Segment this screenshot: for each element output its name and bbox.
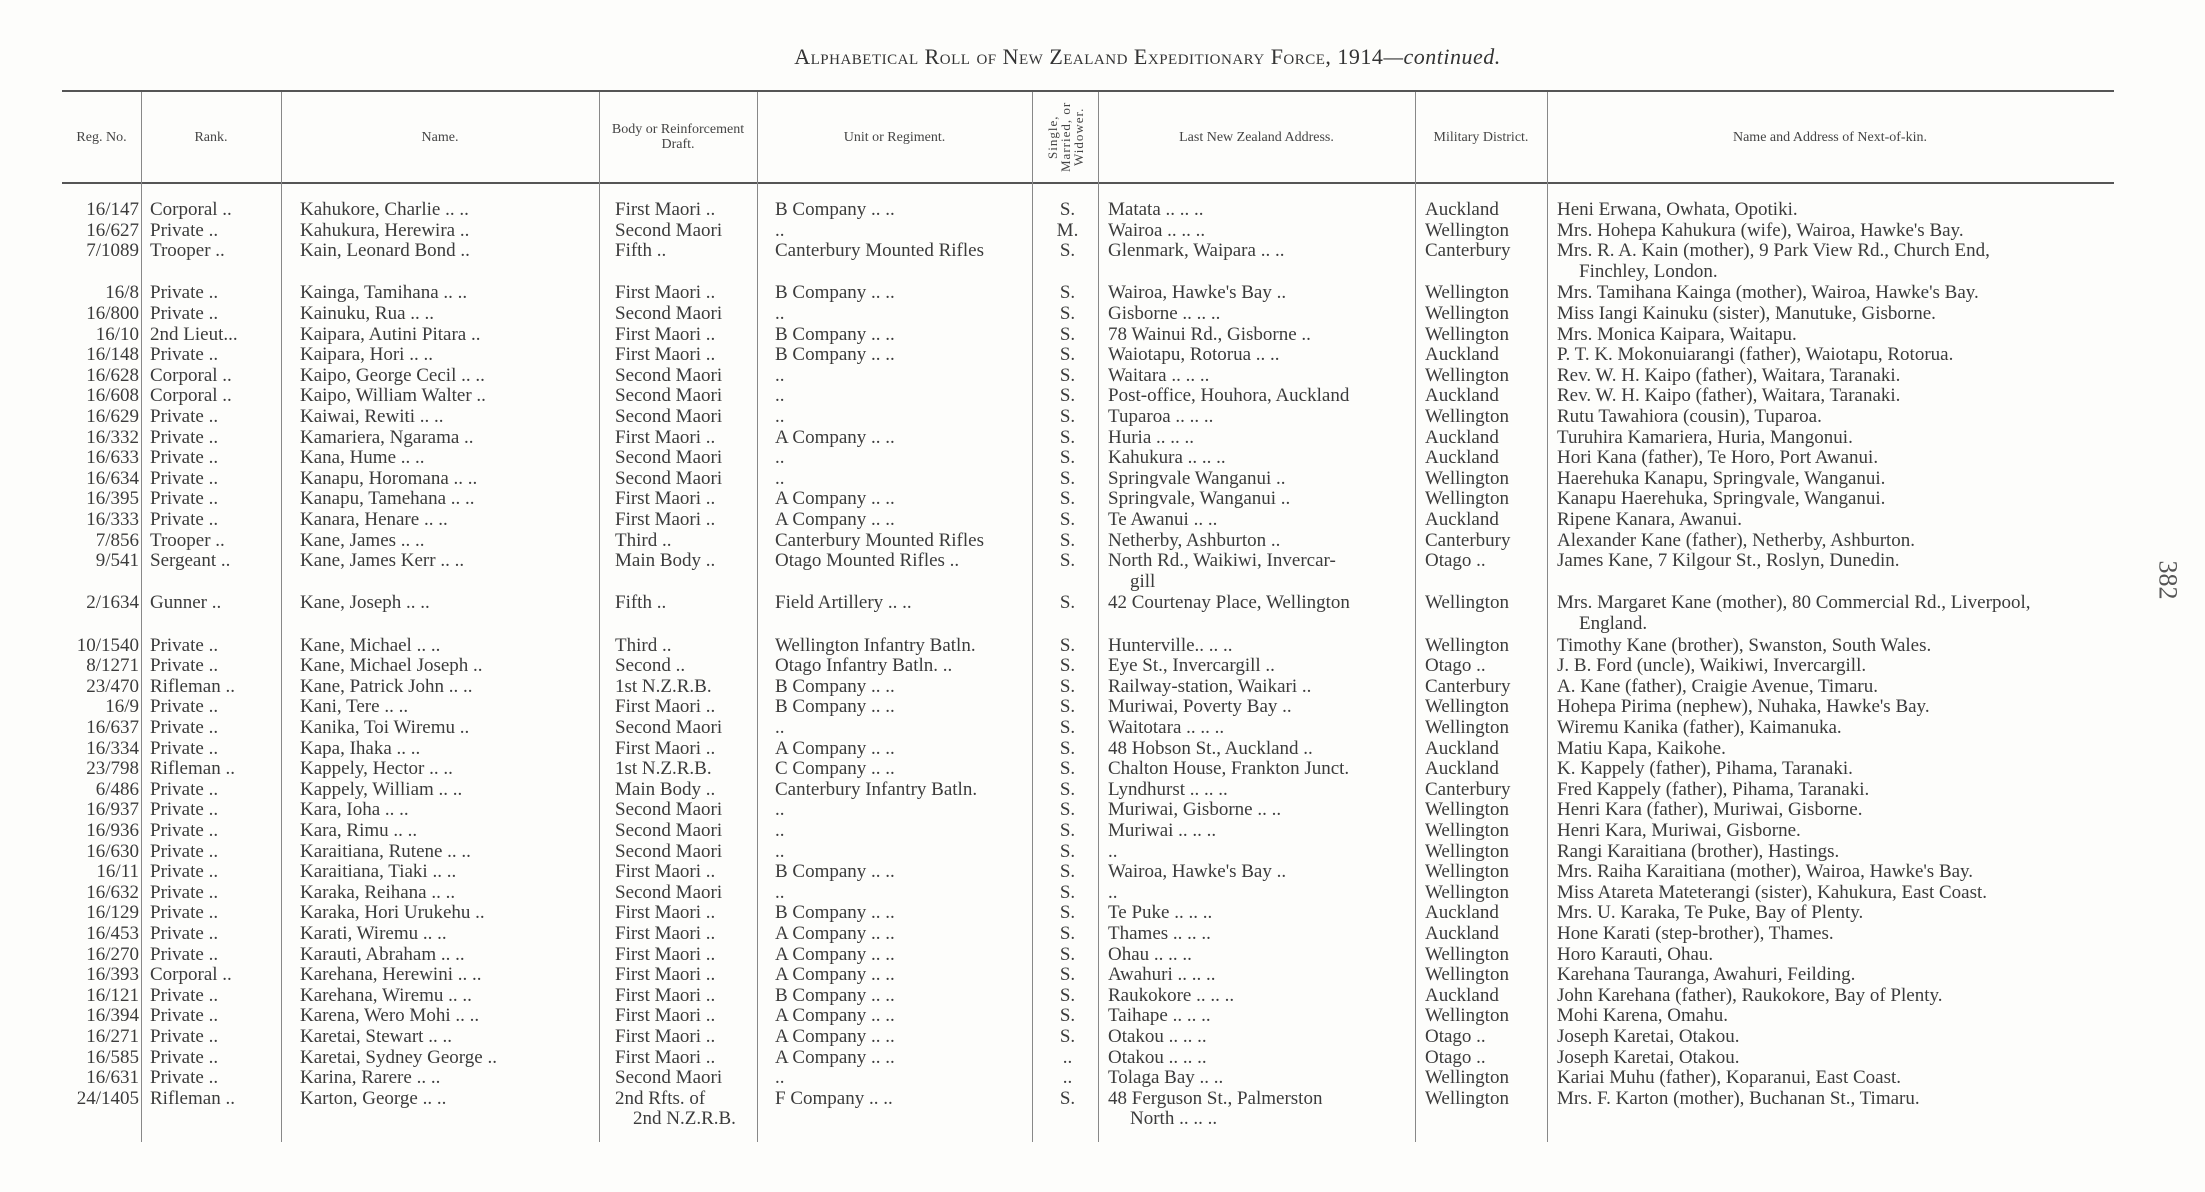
unit-cell: A Company .. ..	[775, 1006, 1030, 1027]
address-cell: Huria .. .. ..	[1108, 428, 1413, 449]
marital-status-cell: S.	[1040, 1006, 1095, 1027]
rank-cell: Private ..	[150, 718, 278, 739]
address-cell: 78 Wainui Rd., Gisborne ..	[1108, 325, 1413, 346]
reg-no-cell: 23/798	[62, 759, 139, 780]
table-row: 10/1540Private ..Kane, Michael .. ..Thir…	[0, 636, 2205, 657]
reg-no-cell: 23/470	[62, 677, 139, 698]
marital-status-cell: S.	[1040, 677, 1095, 698]
address-cell: Springvale Wanganui ..	[1108, 469, 1413, 490]
address-cell: Wairoa, Hawke's Bay ..	[1108, 283, 1413, 304]
next-of-kin-cell: J. B. Ford (uncle), Waikiwi, Invercargil…	[1557, 656, 2117, 677]
unit-cell: ..	[775, 718, 1030, 739]
body-cell: First Maori ..	[615, 903, 755, 924]
reg-no-cell: 8/1271	[62, 656, 139, 677]
marital-status-cell: S.	[1040, 862, 1095, 883]
name-cell: Kane, Joseph .. ..	[300, 593, 595, 614]
unit-cell: Canterbury Mounted Rifles	[775, 241, 1030, 262]
rank-cell: Private ..	[150, 510, 278, 531]
reg-no-cell: 16/628	[62, 366, 139, 387]
unit-cell: ..	[775, 469, 1030, 490]
name-cell: Karaka, Hori Urukehu ..	[300, 903, 595, 924]
next-of-kin-cell: Rev. W. H. Kaipo (father), Waitara, Tara…	[1557, 366, 2117, 387]
address-cell: Railway-station, Waikari ..	[1108, 677, 1413, 698]
body-cell: 2nd Rfts. of2nd N.Z.R.B.	[615, 1089, 755, 1130]
table-row: 9/541Sergeant ..Kane, James Kerr .. ..Ma…	[0, 551, 2205, 572]
name-cell: Kaipara, Autini Pitara ..	[300, 325, 595, 346]
rank-cell: Private ..	[150, 489, 278, 510]
rank-cell: Rifleman ..	[150, 677, 278, 698]
unit-cell: B Company .. ..	[775, 283, 1030, 304]
marital-status-cell: S.	[1040, 407, 1095, 428]
district-cell: Auckland	[1425, 448, 1545, 469]
address-cell: Lyndhurst .. .. ..	[1108, 780, 1413, 801]
body-cell: First Maori ..	[615, 1048, 755, 1069]
reg-no-cell: 16/936	[62, 821, 139, 842]
reg-no-cell: 16/393	[62, 965, 139, 986]
marital-status-cell: S.	[1040, 200, 1095, 221]
address-cell: Waitara .. .. ..	[1108, 366, 1413, 387]
district-cell: Wellington	[1425, 800, 1545, 821]
reg-no-cell: 16/637	[62, 718, 139, 739]
next-of-kin-cell: Mrs. Hohepa Kahukura (wife), Wairoa, Haw…	[1557, 221, 2117, 242]
address-cell: Glenmark, Waipara .. ..	[1108, 241, 1413, 262]
reg-no-cell: 16/632	[62, 883, 139, 904]
district-cell: Otago ..	[1425, 1048, 1545, 1069]
unit-cell: ..	[775, 366, 1030, 387]
next-of-kin-cell: Alexander Kane (father), Netherby, Ashbu…	[1557, 531, 2117, 552]
rank-cell: Private ..	[150, 636, 278, 657]
reg-no-cell: 16/800	[62, 304, 139, 325]
district-cell: Auckland	[1425, 200, 1545, 221]
address-cell: Wairoa .. .. ..	[1108, 221, 1413, 242]
district-cell: Auckland	[1425, 386, 1545, 407]
marital-status-cell: S.	[1040, 366, 1095, 387]
unit-cell: ..	[775, 883, 1030, 904]
unit-cell: B Company .. ..	[775, 986, 1030, 1007]
body-cell: Second Maori	[615, 883, 755, 904]
rank-cell: Private ..	[150, 304, 278, 325]
unit-cell: A Company .. ..	[775, 1048, 1030, 1069]
name-cell: Karton, George .. ..	[300, 1089, 595, 1110]
marital-status-cell: S.	[1040, 531, 1095, 552]
table-row: 16/633Private ..Kana, Hume .. ..Second M…	[0, 448, 2205, 469]
body-cell: Fifth ..	[615, 593, 755, 614]
rank-cell: Private ..	[150, 842, 278, 863]
table-row: 16/453Private ..Karati, Wiremu .. ..Firs…	[0, 924, 2205, 945]
marital-status-cell: S.	[1040, 1027, 1095, 1048]
rank-cell: Rifleman ..	[150, 1089, 278, 1110]
district-cell: Wellington	[1425, 325, 1545, 346]
name-cell: Kane, James .. ..	[300, 531, 595, 552]
name-cell: Kappely, William .. ..	[300, 780, 595, 801]
unit-cell: A Company .. ..	[775, 510, 1030, 531]
body-cell: First Maori ..	[615, 1006, 755, 1027]
table-row: 16/634Private ..Kanapu, Horomana .. ..Se…	[0, 469, 2205, 490]
body-cell: First Maori ..	[615, 697, 755, 718]
next-of-kin-cell: Rangi Karaitiana (brother), Hastings.	[1557, 842, 2117, 863]
district-cell: Canterbury	[1425, 531, 1545, 552]
address-cell: Springvale, Wanganui ..	[1108, 489, 1413, 510]
reg-no-cell: 16/608	[62, 386, 139, 407]
marital-status-cell: S.	[1040, 656, 1095, 677]
next-of-kin-cell: John Karehana (father), Raukokore, Bay o…	[1557, 986, 2117, 1007]
reg-no-cell: 16/147	[62, 200, 139, 221]
district-cell: Wellington	[1425, 1068, 1545, 1089]
marital-status-cell: S.	[1040, 986, 1095, 1007]
reg-no-cell: 6/486	[62, 780, 139, 801]
body-cell: Second Maori	[615, 800, 755, 821]
unit-cell: C Company .. ..	[775, 759, 1030, 780]
reg-no-cell: 16/333	[62, 510, 139, 531]
page-title: Alphabetical Roll of New Zealand Expedit…	[0, 44, 2205, 70]
district-cell: Wellington	[1425, 718, 1545, 739]
header-address: Last New Zealand Address.	[1098, 92, 1415, 182]
unit-cell: ..	[775, 1068, 1030, 1089]
table-row: 16/393Corporal ..Karehana, Herewini .. .…	[0, 965, 2205, 986]
rank-cell: Private ..	[150, 469, 278, 490]
unit-cell: ..	[775, 800, 1030, 821]
body-cell: Third ..	[615, 636, 755, 657]
rank-cell: Corporal ..	[150, 965, 278, 986]
marital-status-cell: S.	[1040, 697, 1095, 718]
marital-status-cell: M.	[1040, 221, 1095, 242]
table-row: 16/102nd Lieut...Kaipara, Autini Pitara …	[0, 325, 2205, 346]
name-cell: Karauti, Abraham .. ..	[300, 945, 595, 966]
body-cell: First Maori ..	[615, 945, 755, 966]
table-row: 24/1405Rifleman ..Karton, George .. ..2n…	[0, 1089, 2205, 1110]
body-cell: First Maori ..	[615, 345, 755, 366]
marital-status-cell: S.	[1040, 842, 1095, 863]
marital-status-cell: S.	[1040, 883, 1095, 904]
body-cell: First Maori ..	[615, 1027, 755, 1048]
body-cell: First Maori ..	[615, 986, 755, 1007]
next-of-kin-cell: Hori Kana (father), Te Horo, Port Awanui…	[1557, 448, 2117, 469]
name-cell: Kane, Michael Joseph ..	[300, 656, 595, 677]
unit-cell: Otago Mounted Rifles ..	[775, 551, 1030, 572]
marital-status-cell: S.	[1040, 489, 1095, 510]
body-cell: Second Maori	[615, 407, 755, 428]
reg-no-cell: 16/633	[62, 448, 139, 469]
next-of-kin-cell: Henri Kara, Muriwai, Gisborne.	[1557, 821, 2117, 842]
table-row: 23/798Rifleman ..Kappely, Hector .. ..1s…	[0, 759, 2205, 780]
name-cell: Kara, Ioha .. ..	[300, 800, 595, 821]
rank-cell: Trooper ..	[150, 531, 278, 552]
district-cell: Wellington	[1425, 945, 1545, 966]
next-of-kin-cell: A. Kane (father), Craigie Avenue, Timaru…	[1557, 677, 2117, 698]
marital-status-cell: ..	[1040, 1068, 1095, 1089]
next-of-kin-cell: James Kane, 7 Kilgour St., Roslyn, Duned…	[1557, 551, 2117, 572]
reg-no-cell: 16/10	[62, 325, 139, 346]
reg-no-cell: 16/937	[62, 800, 139, 821]
marital-status-cell: ..	[1040, 1048, 1095, 1069]
next-of-kin-cell: Miss Atareta Mateterangi (sister), Kahuk…	[1557, 883, 2117, 904]
unit-cell: A Company .. ..	[775, 924, 1030, 945]
address-cell-continuation: North .. .. ..	[1108, 1109, 1413, 1130]
table-row: 16/395Private ..Kanapu, Tamehana .. ..Fi…	[0, 489, 2205, 510]
name-cell: Kara, Rimu .. ..	[300, 821, 595, 842]
table-row: 23/470Rifleman ..Kane, Patrick John .. .…	[0, 677, 2205, 698]
rank-cell: Corporal ..	[150, 366, 278, 387]
district-cell: Wellington	[1425, 697, 1545, 718]
rank-cell: Trooper ..	[150, 241, 278, 262]
reg-no-cell: 16/629	[62, 407, 139, 428]
marital-status-cell: S.	[1040, 759, 1095, 780]
name-cell: Kaipo, George Cecil .. ..	[300, 366, 595, 387]
rank-cell: Private ..	[150, 283, 278, 304]
next-of-kin-cell: Mrs. R. A. Kain (mother), 9 Park View Rd…	[1557, 241, 2117, 282]
unit-cell: Canterbury Mounted Rifles	[775, 531, 1030, 552]
table-row: 16/394Private ..Karena, Wero Mohi .. ..F…	[0, 1006, 2205, 1027]
name-cell: Kanapu, Horomana .. ..	[300, 469, 595, 490]
next-of-kin-cell: Ripene Kanara, Awanui.	[1557, 510, 2117, 531]
name-cell: Kain, Leonard Bond ..	[300, 241, 595, 262]
body-cell: First Maori ..	[615, 862, 755, 883]
rank-cell: Private ..	[150, 448, 278, 469]
district-cell: Otago ..	[1425, 656, 1545, 677]
rank-cell: Private ..	[150, 903, 278, 924]
body-cell: First Maori ..	[615, 489, 755, 510]
district-cell: Wellington	[1425, 304, 1545, 325]
reg-no-cell: 7/1089	[62, 241, 139, 262]
district-cell: Wellington	[1425, 965, 1545, 986]
address-cell: Post-office, Houhora, Auckland	[1108, 386, 1413, 407]
address-cell: 42 Courtenay Place, Wellington	[1108, 593, 1413, 614]
district-cell: Wellington	[1425, 407, 1545, 428]
unit-cell: B Company .. ..	[775, 200, 1030, 221]
name-cell: Karati, Wiremu .. ..	[300, 924, 595, 945]
table-row: 16/129Private ..Karaka, Hori Urukehu ..F…	[0, 903, 2205, 924]
unit-cell: ..	[775, 448, 1030, 469]
rank-cell: Private ..	[150, 221, 278, 242]
reg-no-cell: 16/121	[62, 986, 139, 1007]
table-row: 6/486Private ..Kappely, William .. ..Mai…	[0, 780, 2205, 801]
header-bottom-rule	[62, 182, 2114, 184]
table-row: 16/11Private ..Karaitiana, Tiaki .. ..Fi…	[0, 862, 2205, 883]
name-cell: Kana, Hume .. ..	[300, 448, 595, 469]
body-cell: First Maori ..	[615, 924, 755, 945]
rank-cell: Private ..	[150, 1027, 278, 1048]
table-row: 16/628Corporal ..Kaipo, George Cecil .. …	[0, 366, 2205, 387]
rank-cell: Private ..	[150, 780, 278, 801]
next-of-kin-cell: Rutu Tawahiora (cousin), Tuparoa.	[1557, 407, 2117, 428]
next-of-kin-cell: Heni Erwana, Owhata, Opotiki.	[1557, 200, 2117, 221]
marital-status-cell: S.	[1040, 448, 1095, 469]
table-row: 16/270Private ..Karauti, Abraham .. ..Fi…	[0, 945, 2205, 966]
unit-cell: A Company .. ..	[775, 965, 1030, 986]
table-row: 7/1089Trooper ..Kain, Leonard Bond ..Fif…	[0, 241, 2205, 262]
body-cell: Second Maori	[615, 366, 755, 387]
body-cell: First Maori ..	[615, 325, 755, 346]
marital-status-cell: S.	[1040, 386, 1095, 407]
rank-cell: Private ..	[150, 345, 278, 366]
marital-status-cell: S.	[1040, 945, 1095, 966]
table-row: 16/937Private ..Kara, Ioha .. ..Second M…	[0, 800, 2205, 821]
table-row: 7/856Trooper ..Kane, James .. ..Third ..…	[0, 531, 2205, 552]
unit-cell: B Company .. ..	[775, 677, 1030, 698]
district-cell: Wellington	[1425, 221, 1545, 242]
header-name: Name.	[281, 92, 599, 182]
table-row: 16/9Private ..Kani, Tere .. ..First Maor…	[0, 697, 2205, 718]
next-of-kin-cell: Mrs. Tamihana Kainga (mother), Wairoa, H…	[1557, 283, 2117, 304]
marital-status-cell: S.	[1040, 965, 1095, 986]
next-of-kin-cell: Mrs. Raiha Karaitiana (mother), Wairoa, …	[1557, 862, 2117, 883]
address-cell: ..	[1108, 842, 1413, 863]
name-cell: Kaipara, Hori .. ..	[300, 345, 595, 366]
rank-cell: Sergeant ..	[150, 551, 278, 572]
marital-status-cell: S.	[1040, 593, 1095, 614]
next-of-kin-cell: Kariai Muhu (father), Koparanui, East Co…	[1557, 1068, 2117, 1089]
marital-status-cell: S.	[1040, 469, 1095, 490]
table-row: 16/147Corporal ..Kahukore, Charlie .. ..…	[0, 200, 2205, 221]
unit-cell: B Company .. ..	[775, 345, 1030, 366]
table-row: 16/629Private ..Kaiwai, Rewiti .. ..Seco…	[0, 407, 2205, 428]
unit-cell: Wellington Infantry Batln.	[775, 636, 1030, 657]
body-cell: First Maori ..	[615, 428, 755, 449]
district-cell: Wellington	[1425, 489, 1545, 510]
rank-cell: Private ..	[150, 821, 278, 842]
next-of-kin-cell: Mrs. Margaret Kane (mother), 80 Commerci…	[1557, 593, 2117, 634]
next-of-kin-cell: Miss Iangi Kainuku (sister), Manutuke, G…	[1557, 304, 2117, 325]
reg-no-cell: 16/395	[62, 489, 139, 510]
district-cell: Auckland	[1425, 924, 1545, 945]
next-of-kin-cell: Henri Kara (father), Muriwai, Gisborne.	[1557, 800, 2117, 821]
rank-cell: Private ..	[150, 1048, 278, 1069]
name-cell: Kane, James Kerr .. ..	[300, 551, 595, 572]
reg-no-cell: 16/630	[62, 842, 139, 863]
table-row: 16/271Private ..Karetai, Stewart .. ..Fi…	[0, 1027, 2205, 1048]
body-cell: First Maori ..	[615, 739, 755, 760]
reg-no-cell: 16/453	[62, 924, 139, 945]
name-cell: Kanapu, Tamehana .. ..	[300, 489, 595, 510]
address-cell: Raukokore .. .. ..	[1108, 986, 1413, 1007]
address-cell: Te Puke .. .. ..	[1108, 903, 1413, 924]
table-row: 16/334Private ..Kapa, Ihaka .. ..First M…	[0, 739, 2205, 760]
reg-no-cell: 16/148	[62, 345, 139, 366]
next-of-kin-cell: Timothy Kane (brother), Swanston, South …	[1557, 636, 2117, 657]
rank-cell: Private ..	[150, 1068, 278, 1089]
district-cell: Auckland	[1425, 903, 1545, 924]
district-cell: Wellington	[1425, 366, 1545, 387]
header-kin: Name and Address of Next-of-kin.	[1547, 92, 2113, 182]
address-cell: Kahukura .. .. ..	[1108, 448, 1413, 469]
next-of-kin-cell: K. Kappely (father), Pihama, Taranaki.	[1557, 759, 2117, 780]
district-cell: Wellington	[1425, 593, 1545, 614]
rank-cell: Rifleman ..	[150, 759, 278, 780]
next-of-kin-cell: Karehana Tauranga, Awahuri, Feilding.	[1557, 965, 2117, 986]
name-cell: Kamariera, Ngarama ..	[300, 428, 595, 449]
next-of-kin-cell: Mohi Karena, Omahu.	[1557, 1006, 2117, 1027]
next-of-kin-cell: Matiu Kapa, Kaikohe.	[1557, 739, 2117, 760]
body-cell: Main Body ..	[615, 780, 755, 801]
unit-cell: A Company .. ..	[775, 428, 1030, 449]
name-cell: Kainga, Tamihana .. ..	[300, 283, 595, 304]
address-cell: Waiotapu, Rotorua .. ..	[1108, 345, 1413, 366]
address-cell: Matata .. .. ..	[1108, 200, 1413, 221]
name-cell: Kaiwai, Rewiti .. ..	[300, 407, 595, 428]
marital-status-cell: S.	[1040, 636, 1095, 657]
next-of-kin-cell: Wiremu Kanika (father), Kaimanuka.	[1557, 718, 2117, 739]
next-of-kin-cell: Joseph Karetai, Otakou.	[1557, 1027, 2117, 1048]
rank-cell: Private ..	[150, 862, 278, 883]
marital-status-cell: S.	[1040, 283, 1095, 304]
table-row: 16/121Private ..Karehana, Wiremu .. ..Fi…	[0, 986, 2205, 1007]
name-cell: Kahukura, Herewira ..	[300, 221, 595, 242]
unit-cell: ..	[775, 842, 1030, 863]
rank-cell: Corporal ..	[150, 386, 278, 407]
address-cell: Waitotara .. .. ..	[1108, 718, 1413, 739]
next-of-kin-cell: Hohepa Pirima (nephew), Nuhaka, Hawke's …	[1557, 697, 2117, 718]
reg-no-cell: 16/11	[62, 862, 139, 883]
district-cell: Wellington	[1425, 1089, 1545, 1110]
district-cell: Canterbury	[1425, 780, 1545, 801]
header-rank: Rank.	[141, 92, 281, 182]
marital-status-cell: S.	[1040, 924, 1095, 945]
district-cell: Auckland	[1425, 986, 1545, 1007]
name-cell: Kani, Tere .. ..	[300, 697, 595, 718]
district-cell: Canterbury	[1425, 677, 1545, 698]
body-cell: First Maori ..	[615, 283, 755, 304]
address-cell: Muriwai, Gisborne .. ..	[1108, 800, 1413, 821]
header-district: Military District.	[1430, 92, 1532, 182]
body-cell: Fifth ..	[615, 241, 755, 262]
unit-cell: A Company .. ..	[775, 489, 1030, 510]
next-of-kin-cell: Mrs. Monica Kaipara, Waitapu.	[1557, 325, 2117, 346]
unit-cell: A Company .. ..	[775, 1027, 1030, 1048]
reg-no-cell: 16/334	[62, 739, 139, 760]
address-cell: Eye St., Invercargill ..	[1108, 656, 1413, 677]
table-row: 16/332Private ..Kamariera, Ngarama ..Fir…	[0, 428, 2205, 449]
address-cell: Tolaga Bay .. ..	[1108, 1068, 1413, 1089]
district-cell: Otago ..	[1425, 551, 1545, 572]
table-row: 16/637Private ..Kanika, Toi Wiremu ..Sec…	[0, 718, 2205, 739]
address-cell: Taihape .. .. ..	[1108, 1006, 1413, 1027]
body-cell: Third ..	[615, 531, 755, 552]
marital-status-cell: S.	[1040, 903, 1095, 924]
body-cell: First Maori ..	[615, 200, 755, 221]
body-cell: First Maori ..	[615, 510, 755, 531]
unit-cell: B Company .. ..	[775, 325, 1030, 346]
body-cell: Main Body ..	[615, 551, 755, 572]
body-cell: Second Maori	[615, 1068, 755, 1089]
unit-cell: ..	[775, 821, 1030, 842]
marital-status-cell: S.	[1040, 718, 1095, 739]
reg-no-cell: 9/541	[62, 551, 139, 572]
address-cell: ..	[1108, 883, 1413, 904]
district-cell: Wellington	[1425, 842, 1545, 863]
reg-no-cell: 16/627	[62, 221, 139, 242]
rank-cell: Private ..	[150, 1006, 278, 1027]
name-cell: Karaitiana, Tiaki .. ..	[300, 862, 595, 883]
body-cell: Second ..	[615, 656, 755, 677]
next-of-kin-cell: Joseph Karetai, Otakou.	[1557, 1048, 2117, 1069]
name-cell: Kanika, Toi Wiremu ..	[300, 718, 595, 739]
unit-cell: Canterbury Infantry Batln.	[775, 780, 1030, 801]
marital-status-cell: S.	[1040, 780, 1095, 801]
marital-status-cell: S.	[1040, 510, 1095, 531]
rank-cell: Private ..	[150, 428, 278, 449]
marital-status-cell: S.	[1040, 304, 1095, 325]
marital-status-cell: S.	[1040, 739, 1095, 760]
address-cell: Wairoa, Hawke's Bay ..	[1108, 862, 1413, 883]
marital-status-cell: S.	[1040, 821, 1095, 842]
unit-cell: ..	[775, 221, 1030, 242]
rank-cell: Private ..	[150, 800, 278, 821]
next-of-kin-cell: P. T. K. Mokonuiarangi (father), Waiotap…	[1557, 345, 2117, 366]
table-row: 16/333Private ..Kanara, Henare .. ..Firs…	[0, 510, 2205, 531]
reg-no-cell: 16/270	[62, 945, 139, 966]
unit-cell: B Company .. ..	[775, 697, 1030, 718]
page-number: 382	[2153, 561, 2183, 600]
